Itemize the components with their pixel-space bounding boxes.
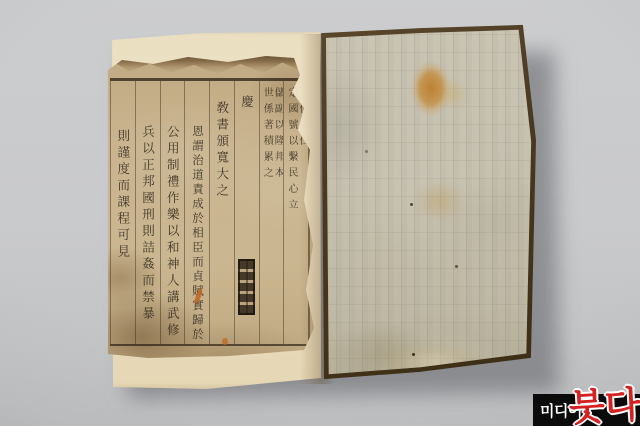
watermark-logo: 미디어 붓다 (533, 374, 640, 426)
watermark-brand-text: 붓다 (568, 386, 640, 426)
column-text: 則謹度而課程可見 (116, 129, 129, 344)
column-text: 儲副以隆邦本 (272, 87, 282, 344)
text-column-7: 兵以正邦國刑則詰姦而禁暴 (135, 81, 160, 344)
column-text: 恩謂治道責成於相臣而貞賦實歸於 (192, 125, 204, 344)
column-text: 公用制禮作樂以和神人講武修 (166, 125, 179, 344)
text-column-5: 恩謂治道責成於相臣而貞賦實歸於 (184, 81, 209, 344)
column-text: 兵以正邦國刑則詰姦而禁暴 (141, 125, 154, 344)
mid-stain (415, 180, 463, 222)
orange-ink-dot (222, 338, 228, 345)
text-column-8: 則謹度而課程可見 (110, 81, 135, 344)
column-annotation: 世係著積累之 (261, 87, 271, 344)
text-column-4: 敎書頒寬大之 (209, 81, 234, 344)
text-column-3: 慶 (234, 81, 259, 344)
text-column-2: 儲副以隆邦本 世係著積累之 (259, 81, 284, 344)
ink-specks (323, 27, 326, 30)
photo-antique-book: 保位以仁 定國號以繫民心立 儲副以隆邦本 世係著積累之 慶 敎書頒寬大之 恩謂治… (0, 0, 640, 426)
printed-page: 保位以仁 定國號以繫民心立 儲副以隆邦本 世係著積累之 慶 敎書頒寬大之 恩謂治… (108, 50, 318, 358)
faint-stain (439, 79, 467, 109)
text-frame: 保位以仁 定國號以繫民心立 儲副以隆邦本 世係著積累之 慶 敎書頒寬大之 恩謂治… (110, 78, 310, 346)
collector-seal-icon (238, 259, 255, 315)
column-annotation: 定國號以繫民心立 (286, 87, 296, 344)
column-text: 敎書頒寬大之 (215, 101, 228, 344)
text-column-6: 公用制禮作樂以和神人講武修 (160, 81, 185, 344)
cover-paper (323, 27, 535, 377)
back-cover (318, 22, 540, 382)
